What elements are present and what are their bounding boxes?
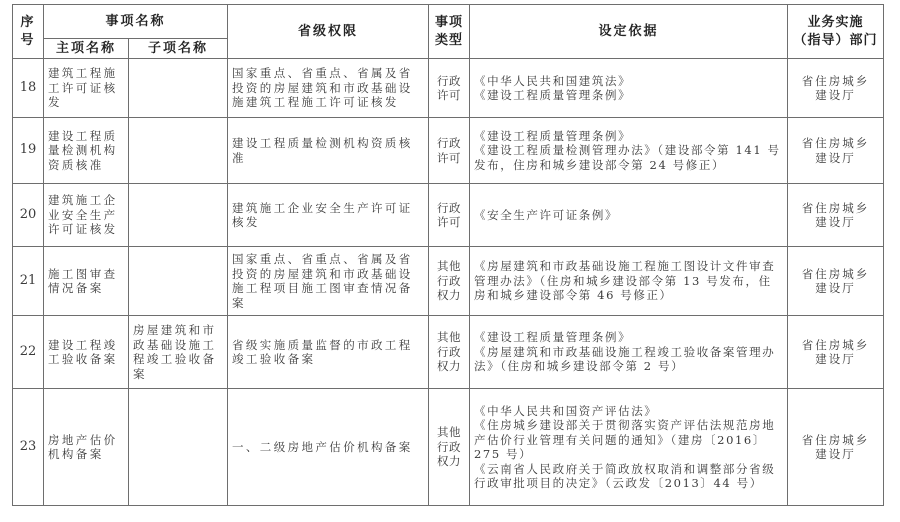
cell-authority: 建筑施工企业安全生产许可证核发 (228, 184, 429, 247)
header-type-line: 类型 (431, 32, 467, 50)
cell-authority: 省级实施质量监督的市政工程竣工验收备案 (228, 316, 429, 389)
type-line: 行政 (431, 274, 467, 289)
cell-basis: 《房屋建筑和市政基础设施工程施工图设计文件审查管理办法》（住房和城乡建设部令第 … (470, 247, 788, 316)
cell-authority: 国家重点、省重点、省属及省投资的房屋建筑和市政基础设施工程项目施工图审查情况备案 (228, 247, 429, 316)
basis-line: 《建设工程质量管理条例》 (474, 330, 783, 345)
cell-type: 行政 许可 (429, 118, 470, 184)
cell-dept: 省住房城乡 建设厅 (788, 316, 884, 389)
cell-main-item: 建筑工程施工许可证核发 (44, 59, 129, 118)
dept-line: 建设厅 (792, 447, 879, 462)
cell-basis: 《建设工程质量管理条例》 《建设工程质量检测管理办法》（建设部令第 141 号发… (470, 118, 788, 184)
type-line: 行政 (431, 136, 467, 151)
dept-line: 建设厅 (792, 151, 879, 166)
type-line: 行政 (431, 345, 467, 360)
header-type: 事项 类型 (429, 5, 470, 59)
type-line: 权力 (431, 454, 467, 469)
cell-seq: 23 (13, 389, 44, 506)
basis-line: 《建设工程质量管理条例》 (474, 88, 783, 103)
header-sub-item: 子项名称 (129, 39, 228, 59)
dept-line: 建设厅 (792, 281, 879, 296)
cell-sub-item (129, 247, 228, 316)
type-line: 权力 (431, 359, 467, 374)
cell-dept: 省住房城乡 建设厅 (788, 184, 884, 247)
basis-line: 《安全生产许可证条例》 (474, 208, 783, 223)
cell-basis: 《中华人民共和国建筑法》 《建设工程质量管理条例》 (470, 59, 788, 118)
dept-line: 建设厅 (792, 88, 879, 103)
header-main-item: 主项名称 (44, 39, 129, 59)
cell-sub-item: 房屋建筑和市政基础设施工程竣工验收备案 (129, 316, 228, 389)
cell-seq: 20 (13, 184, 44, 247)
cell-type: 行政 许可 (429, 59, 470, 118)
dept-line: 省住房城乡 (792, 267, 879, 282)
header-seq-line: 序 (17, 14, 39, 32)
basis-line: 《云南省人民政府关于简政放权取消和调整部分省级行政审批项目的决定》（云政发〔20… (474, 462, 783, 491)
dept-line: 省住房城乡 (792, 74, 879, 89)
cell-basis: 《中华人民共和国资产评估法》 《住房城乡建设部关于贯彻落实资产评估法规范房地产估… (470, 389, 788, 506)
type-line: 许可 (431, 88, 467, 103)
basis-line: 《建设工程质量检测管理办法》（建设部令第 141 号发布，住房和城乡建设部令第 … (474, 143, 783, 172)
cell-authority: 一、二级房地产估价机构备案 (228, 389, 429, 506)
dept-line: 建设厅 (792, 352, 879, 367)
header-seq-line: 号 (17, 32, 39, 50)
type-line: 权力 (431, 288, 467, 303)
cell-sub-item (129, 184, 228, 247)
header-authority: 省级权限 (228, 5, 429, 59)
basis-line: 《住房城乡建设部关于贯彻落实资产评估法规范房地产估价行业管理有关问题的通知》（建… (474, 418, 783, 462)
dept-line: 省住房城乡 (792, 433, 879, 448)
cell-sub-item (129, 118, 228, 184)
dept-line: 省住房城乡 (792, 136, 879, 151)
cell-basis: 《建设工程质量管理条例》 《房屋建筑和市政基础设施工程竣工验收备案管理办法》（住… (470, 316, 788, 389)
cell-seq: 19 (13, 118, 44, 184)
table-row: 19 建设工程质量检测机构资质核准 建设工程质量检测机构资质核准 行政 许可 《… (13, 118, 884, 184)
type-line: 其他 (431, 425, 467, 440)
table-row: 18 建筑工程施工许可证核发 国家重点、省重点、省属及省投资的房屋建筑和市政基础… (13, 59, 884, 118)
cell-type: 其他 行政 权力 (429, 316, 470, 389)
header-type-line: 事项 (431, 14, 467, 32)
cell-authority: 建设工程质量检测机构资质核准 (228, 118, 429, 184)
table-row: 22 建设工程竣工验收备案 房屋建筑和市政基础设施工程竣工验收备案 省级实施质量… (13, 316, 884, 389)
type-line: 许可 (431, 151, 467, 166)
cell-main-item: 房地产估价机构备案 (44, 389, 129, 506)
type-line: 许可 (431, 215, 467, 230)
cell-sub-item (129, 389, 228, 506)
type-line: 其他 (431, 330, 467, 345)
cell-main-item: 建设工程质量检测机构资质核准 (44, 118, 129, 184)
administrative-power-table: 序 号 事项名称 省级权限 事项 类型 设定依据 业务实施 （指导）部门 主项名… (12, 4, 884, 506)
header-dept: 业务实施 （指导）部门 (788, 5, 884, 59)
cell-basis: 《安全生产许可证条例》 (470, 184, 788, 247)
header-item-name: 事项名称 (44, 5, 228, 39)
header-basis: 设定依据 (470, 5, 788, 59)
type-line: 其他 (431, 259, 467, 274)
type-line: 行政 (431, 201, 467, 216)
cell-dept: 省住房城乡 建设厅 (788, 389, 884, 506)
basis-line: 《房屋建筑和市政基础设施工程施工图设计文件审查管理办法》（住房和城乡建设部令第 … (474, 259, 783, 303)
dept-line: 省住房城乡 (792, 338, 879, 353)
dept-line: 建设厅 (792, 215, 879, 230)
cell-dept: 省住房城乡 建设厅 (788, 247, 884, 316)
table-row: 23 房地产估价机构备案 一、二级房地产估价机构备案 其他 行政 权力 《中华人… (13, 389, 884, 506)
cell-seq: 21 (13, 247, 44, 316)
cell-type: 行政 许可 (429, 184, 470, 247)
type-line: 行政 (431, 74, 467, 89)
header-seq: 序 号 (13, 5, 44, 59)
cell-type: 其他 行政 权力 (429, 247, 470, 316)
cell-dept: 省住房城乡 建设厅 (788, 59, 884, 118)
cell-main-item: 施工图审查情况备案 (44, 247, 129, 316)
table-row: 21 施工图审查情况备案 国家重点、省重点、省属及省投资的房屋建筑和市政基础设施… (13, 247, 884, 316)
basis-line: 《建设工程质量管理条例》 (474, 129, 783, 144)
type-line: 行政 (431, 440, 467, 455)
basis-line: 《中华人民共和国资产评估法》 (474, 404, 783, 419)
cell-main-item: 建筑施工企业安全生产许可证核发 (44, 184, 129, 247)
dept-line: 省住房城乡 (792, 201, 879, 216)
cell-seq: 18 (13, 59, 44, 118)
basis-line: 《房屋建筑和市政基础设施工程竣工验收备案管理办法》（住房和城乡建设部令第 2 号… (474, 345, 783, 374)
table-row: 20 建筑施工企业安全生产许可证核发 建筑施工企业安全生产许可证核发 行政 许可… (13, 184, 884, 247)
cell-sub-item (129, 59, 228, 118)
cell-main-item: 建设工程竣工验收备案 (44, 316, 129, 389)
header-dept-line: （指导）部门 (792, 32, 879, 50)
cell-dept: 省住房城乡 建设厅 (788, 118, 884, 184)
basis-line: 《中华人民共和国建筑法》 (474, 74, 783, 89)
cell-authority: 国家重点、省重点、省属及省投资的房屋建筑和市政基础设施建筑工程施工许可证核发 (228, 59, 429, 118)
cell-type: 其他 行政 权力 (429, 389, 470, 506)
cell-seq: 22 (13, 316, 44, 389)
header-dept-line: 业务实施 (792, 14, 879, 32)
